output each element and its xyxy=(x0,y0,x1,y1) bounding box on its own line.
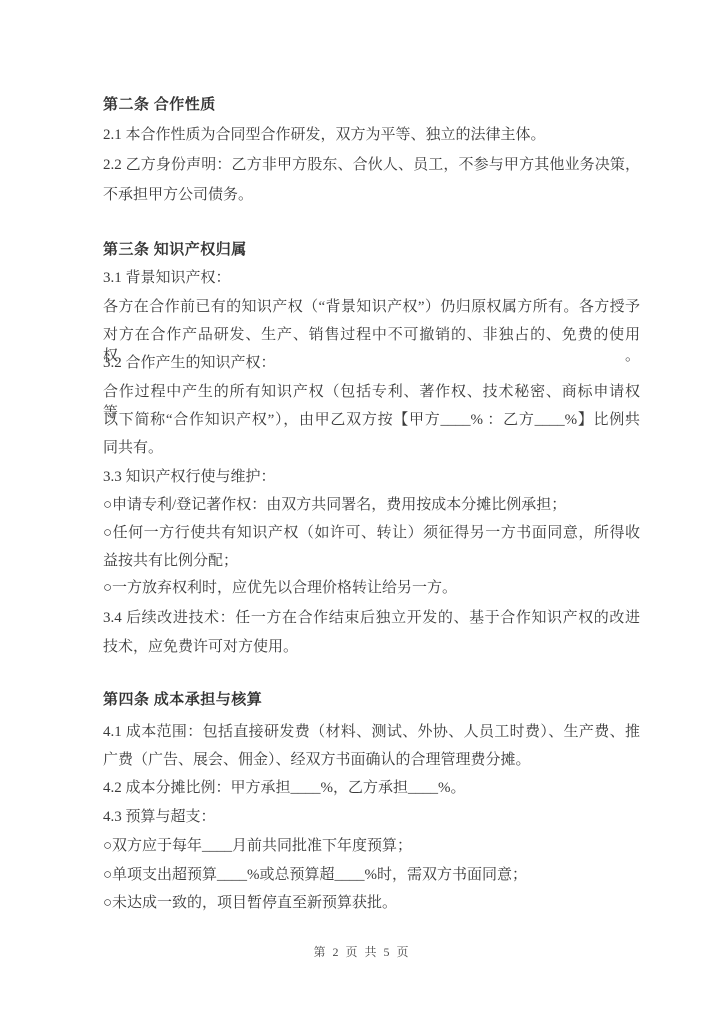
bullet-3-3-c: ○一方放弃权利时，应优先以合理价格转让给另一方。 xyxy=(103,578,640,599)
heading-article-4: 第四条 成本承担与核算 xyxy=(103,690,640,711)
bullet-3-3-b-cont: 益按共有比例分配； xyxy=(103,551,640,572)
page-number-footer: 第 2 页 共 5 页 xyxy=(0,944,724,960)
heading-article-2: 第二条 合作性质 xyxy=(103,95,640,116)
clause-4-1-cont: 广费（广告、展会、佣金）、经双方书面确认的合理管理费分摊。 xyxy=(103,750,640,771)
bullet-3-3-b: ○任何一方行使共有知识产权（如许可、转让）须征得另一方书面同意，所得收 xyxy=(103,523,640,544)
bullet-4-3-b: ○单项支出超预算____%或总预算超____%时，需双方书面同意； xyxy=(103,865,640,886)
clause-4-2: 4.2 成本分摊比例：甲方承担____%，乙方承担____%。 xyxy=(103,778,640,799)
bullet-4-3-a: ○双方应于每年____月前共同批准下年度预算； xyxy=(103,836,640,857)
bullet-4-3-c: ○未达成一致的，项目暂停直至新预算获批。 xyxy=(103,893,640,914)
clause-2-2-cont: 不承担甲方公司债务。 xyxy=(103,185,640,206)
document-page: 第二条 合作性质 2.1 本合作性质为合同型合作研发，双方为平等、独立的法律主体… xyxy=(0,0,724,1024)
clause-3-4: 3.4 后续改进技术：任一方在合作结束后独立开发的、基于合作知识产权的改进 xyxy=(103,608,640,629)
clause-3-2-body-end: 同共有。 xyxy=(103,438,640,459)
clause-3-2: 3.2 合作产生的知识产权： xyxy=(103,353,640,374)
clause-4-3: 4.3 预算与超支： xyxy=(103,807,640,828)
clause-4-1: 4.1 成本范围：包括直接研发费（材料、测试、外协、人员工时费）、生产费、推 xyxy=(103,722,640,743)
clause-2-2: 2.2 乙方身份声明：乙方非甲方股东、合伙人、员工，不参与甲方其他业务决策， xyxy=(103,155,640,176)
clause-3-1: 3.1 背景知识产权： xyxy=(103,268,640,289)
clause-3-3: 3.3 知识产权行使与维护： xyxy=(103,467,640,488)
clause-2-1: 2.1 本合作性质为合同型合作研发，双方为平等、独立的法律主体。 xyxy=(103,125,640,146)
bullet-3-3-a: ○申请专利/登记著作权：由双方共同署名，费用按成本分摊比例承担； xyxy=(103,495,640,516)
clause-3-1-body: 各方在合作前已有的知识产权（“背景知识产权”）仍归原权属方所有。各方授予 xyxy=(103,297,640,318)
clause-3-2-body-cont: 以下简称“合作知识产权”），由甲乙双方按【甲方____% ：乙方____%】比例… xyxy=(103,410,640,431)
clause-3-4-cont: 技术，应免费许可对方使用。 xyxy=(103,637,640,658)
heading-article-3: 第三条 知识产权归属 xyxy=(103,240,640,261)
